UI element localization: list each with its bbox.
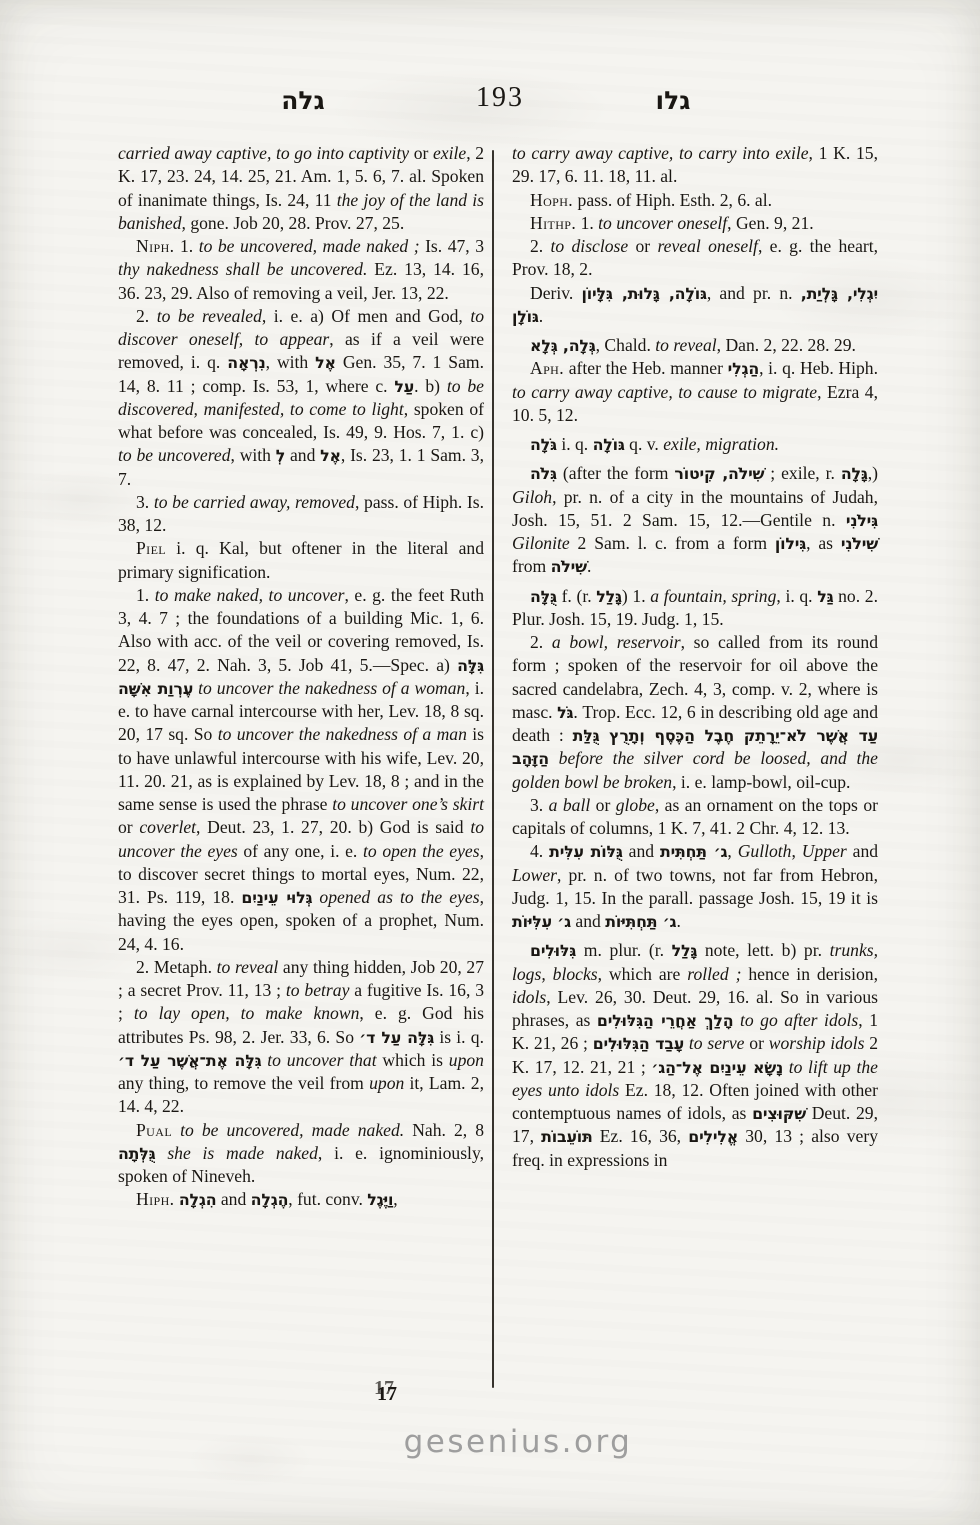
- text-run: or: [628, 236, 657, 256]
- text-run: hence in derision,: [741, 964, 878, 984]
- text-run: q. v.: [625, 434, 663, 454]
- paragraph: גִּלֹה (after the form שִׁילֹה, קִיטוֹר …: [512, 462, 878, 578]
- text-run: or: [745, 1033, 769, 1053]
- text-run: , i. e. a) Of men and God,: [262, 306, 470, 326]
- text-run: Ez. 16, 36,: [593, 1126, 689, 1146]
- text-run: [156, 1143, 168, 1163]
- italic-text: to uncover the nakedness of a man: [218, 724, 467, 744]
- paragraph: גִּלּוּלִים m. plur. (r. גָּלַל note, le…: [512, 939, 878, 1172]
- italic-text: to go after idols: [740, 1010, 858, 1030]
- italic-text: to reveal: [655, 335, 716, 355]
- hebrew-text: גָּלָה: [841, 464, 868, 483]
- hebrew-text: גְּלוּי עֵינַיִם: [241, 888, 312, 907]
- hebrew-text: גַּל: [817, 587, 833, 606]
- hebrew-text: ג׳ תַּחְתִּיּוֹת: [605, 912, 676, 931]
- hebrew-text: שִׁילֹה, קִיטוֹר: [674, 464, 764, 483]
- text-run: and: [623, 841, 660, 861]
- hebrew-text: גֻּלָּה: [530, 587, 557, 606]
- hebrew-text: ג׳ עִלִּיּוֹת: [512, 912, 571, 931]
- hebrew-text: שִׁילֹה: [551, 557, 587, 576]
- hebrew-text: גּוֹלָה, גָּלוּת, גִּלָּיוֹן: [582, 284, 707, 303]
- hebrew-text: ג׳ תַּחְתִּית: [660, 842, 727, 861]
- italic-text: upon: [369, 1073, 404, 1093]
- paragraph: 2. Metaph. to reveal any thing hidden, J…: [118, 956, 484, 1119]
- hebrew-text: נָשָׂא עֵינַיִם אֶל־הַג׳: [651, 1058, 783, 1077]
- text-run: or: [409, 143, 433, 163]
- text-run: (after the form: [557, 463, 674, 483]
- text-run: pass. of Hiph. Esth. 2, 6. al.: [573, 190, 772, 210]
- text-run: gone. Job 20, 28. Prov. 27, 25.: [186, 213, 404, 233]
- text-run: Deriv.: [530, 283, 582, 303]
- paragraph: 4. גֻּלּוֹת עִלִּית and ג׳ תַּחְתִּית, G…: [512, 840, 878, 933]
- italic-text: to carry away captive, to cause to migra…: [512, 382, 817, 402]
- hebrew-text: גֻּלְּתָה: [118, 1144, 156, 1163]
- text-run: ,: [727, 841, 737, 861]
- italic-text: globe: [616, 795, 655, 815]
- text-run: any thing, to remove the veil from: [118, 1073, 369, 1093]
- text-run: , with: [231, 445, 276, 465]
- italic-text: exile: [433, 143, 466, 163]
- paragraph: גְּלָה, גְּלָא, Chald. to reveal, Dan. 2…: [512, 334, 878, 357]
- hebrew-text: גָּלַל: [672, 941, 698, 960]
- paragraph: 2. to disclose or reveal oneself, e. g. …: [512, 235, 878, 282]
- paragraph: 2. to be revealed, i. e. a) Of men and G…: [118, 305, 484, 491]
- paragraph: Hiph. הִגְלָה and הֶגְלָה, fut. conv. וַ…: [118, 1188, 484, 1211]
- running-head-right-hebrew: גלו: [618, 86, 728, 115]
- grammar-form-label: Niph.: [136, 236, 174, 256]
- text-run: ,: [393, 1189, 397, 1209]
- hebrew-text: עָבַד הַגִּלּוּלִים: [593, 1034, 684, 1053]
- text-run: , Chald.: [596, 335, 656, 355]
- text-run: 2. Metaph.: [136, 957, 217, 977]
- paragraph: Hithp. 1. to uncover oneself, Gen. 9, 21…: [512, 212, 878, 235]
- text-run: , Dan. 2, 22. 28. 29.: [717, 335, 856, 355]
- text-run: , pr. n. of a city in the mountains of J…: [512, 487, 878, 530]
- text-run: , pr. n. of two towns, not far from Hebr…: [512, 865, 878, 908]
- text-run: m. plur. (r.: [576, 940, 671, 960]
- hebrew-text: הַגְלִי: [728, 359, 759, 378]
- italic-text: to reveal: [217, 957, 279, 977]
- text-run: 3.: [530, 795, 549, 815]
- text-run: and: [216, 1189, 250, 1209]
- italic-text: Upper: [802, 841, 847, 861]
- hebrew-text: גָּלַל: [596, 587, 622, 606]
- text-run: from: [512, 556, 551, 576]
- hebrew-text: שִׁקּוּצִים: [752, 1104, 806, 1123]
- italic-text: to carry away captive, to carry into exi…: [512, 143, 813, 163]
- text-run: . b): [414, 376, 447, 396]
- paragraph: Niph. 1. to be uncovered, made naked ; I…: [118, 235, 484, 305]
- text-run: ) 1.: [622, 586, 650, 606]
- italic-text: exile, migration.: [663, 434, 779, 454]
- italic-text: to uncover that: [267, 1050, 376, 1070]
- text-run: which is: [377, 1050, 449, 1070]
- text-run: , as: [806, 533, 841, 553]
- grammar-form-label: Hithp.: [530, 213, 576, 233]
- hebrew-text: גִּילוֹן: [775, 534, 806, 553]
- text-run: 2.: [530, 632, 552, 652]
- italic-text: to be uncovered, made naked ;: [199, 236, 420, 256]
- lexicon-page: גלה 193 גלו carried away captive, to go …: [0, 0, 980, 1525]
- hebrew-text: שִׁילֹנִי: [841, 534, 878, 553]
- italic-text: reveal oneself: [657, 236, 757, 256]
- text-columns: carried away captive, to go into captivi…: [118, 142, 878, 1212]
- text-run: 1.: [576, 213, 598, 233]
- text-run: 2.: [136, 306, 157, 326]
- text-run: or: [590, 795, 616, 815]
- text-run: 2 Sam. l. c. from a form: [570, 533, 775, 553]
- hebrew-text: הֶגְלָה: [251, 1190, 289, 1209]
- italic-text: to open the eyes: [363, 841, 480, 861]
- italic-text: upon: [449, 1050, 484, 1070]
- text-run: ,: [791, 841, 801, 861]
- text-run: and: [285, 445, 320, 465]
- text-run: Nah. 2, 8: [404, 1120, 484, 1140]
- italic-text: to uncover the nakedness of a woman: [198, 678, 465, 698]
- text-run: , fut. conv.: [288, 1189, 367, 1209]
- paragraph: carried away captive, to go into captivi…: [118, 142, 484, 235]
- italic-text: a fountain, spring: [650, 586, 776, 606]
- italic-text: coverlet: [139, 817, 196, 837]
- hebrew-text: גִּילֹנִי: [846, 511, 878, 530]
- italic-text: to betray: [286, 980, 349, 1000]
- hebrew-text: גֹּל: [557, 703, 573, 722]
- hebrew-text: הִגְלָה: [179, 1190, 217, 1209]
- running-head-left-hebrew: גלה: [248, 86, 358, 115]
- grammar-form-label: Piel: [136, 538, 166, 558]
- text-run: 1.: [174, 236, 198, 256]
- hebrew-text: גִּלָּה אֶת־אֲשֶׁר עַל ד׳: [118, 1051, 261, 1070]
- italic-text: worship idols: [769, 1033, 865, 1053]
- text-run: 1.: [136, 585, 155, 605]
- italic-text: Gulloth: [738, 841, 792, 861]
- text-run: , which are: [598, 964, 688, 984]
- hebrew-text: גִּלֹה: [530, 464, 557, 483]
- paragraph: גֻּלָּה f. (r. גָּלַל) 1. a fountain, sp…: [512, 585, 878, 632]
- hebrew-text: גֻּלּוֹת עִלִּית: [549, 842, 623, 861]
- grammar-form-label: Hiph.: [136, 1189, 174, 1209]
- text-run: ,): [868, 463, 878, 483]
- text-run: , Deut. 23, 1. 27, 20. b) God is said: [196, 817, 470, 837]
- hebrew-text: גֹּלָה: [530, 435, 557, 454]
- text-run: .: [539, 306, 543, 326]
- text-run: 3.: [136, 492, 154, 512]
- paragraph: Hoph. pass. of Hiph. Esth. 2, 6. al.: [512, 189, 878, 212]
- italic-text: to uncover one’s skirt: [332, 794, 484, 814]
- text-run: i. q. Kal, but oftener in the literal an…: [118, 538, 484, 581]
- italic-text: to be uncovered, made naked.: [180, 1120, 404, 1140]
- hebrew-text: גְּלָה, גְּלָא: [530, 336, 596, 355]
- italic-text: she is made naked: [167, 1143, 318, 1163]
- right-column: to carry away captive, to carry into exi…: [512, 142, 878, 1212]
- hebrew-text: אֶל: [315, 353, 336, 372]
- text-run: [172, 1120, 180, 1140]
- text-run: , i. q.: [776, 586, 817, 606]
- italic-text: a bowl, reservoir: [552, 632, 681, 652]
- italic-text: to make naked, to uncover: [155, 585, 345, 605]
- paragraph: 3. a ball or globe, as an ornament on th…: [512, 794, 878, 841]
- italic-text: to be uncovered: [118, 445, 231, 465]
- text-run: .: [587, 556, 591, 576]
- text-run: f. (r.: [557, 586, 596, 606]
- text-run: or: [118, 817, 139, 837]
- paragraph: to carry away captive, to carry into exi…: [512, 142, 878, 189]
- italic-text: a ball: [549, 795, 591, 815]
- text-run: ; exile, r.: [764, 463, 840, 483]
- italic-text: idols: [512, 987, 546, 1007]
- text-run: and: [847, 841, 878, 861]
- hebrew-text: תּוֹעֵבוֹת: [541, 1127, 592, 1146]
- text-run: of any one, i. e.: [238, 841, 363, 861]
- paragraph: 2. a bowl, reservoir, so called from its…: [512, 631, 878, 794]
- italic-text: rolled ;: [687, 964, 741, 984]
- text-run: Is. 47, 3: [420, 236, 484, 256]
- italic-text: thy nakedness shall be uncovered.: [118, 259, 367, 279]
- hebrew-text: וַיֶּגֶל: [367, 1190, 393, 1209]
- text-run: i. q.: [557, 434, 593, 454]
- hebrew-text: אֱלִילִים: [688, 1127, 738, 1146]
- italic-text: carried away captive, to go into captivi…: [118, 143, 409, 163]
- italic-text: Gilonite: [512, 533, 570, 553]
- text-run: , Gen. 9, 21.: [727, 213, 814, 233]
- italic-text: to be revealed: [157, 306, 262, 326]
- text-run: note, lett. b) pr.: [697, 940, 829, 960]
- text-run: after the Heb. manner: [564, 358, 728, 378]
- text-run: is i. q.: [434, 1027, 484, 1047]
- text-run: [549, 748, 559, 768]
- paragraph: Piel i. q. Kal, but oftener in the liter…: [118, 537, 484, 584]
- hebrew-text: גּוֹלָה: [593, 435, 625, 454]
- paragraph: Aph. after the Heb. manner הַגְלִי, i. q…: [512, 357, 878, 427]
- paragraph: 1. to make naked, to uncover, e. g. the …: [118, 584, 484, 956]
- hebrew-text: אֶל: [320, 446, 341, 465]
- signature-mark: 17: [377, 1383, 397, 1406]
- paragraph: Pual to be uncovered, made naked. Nah. 2…: [118, 1119, 484, 1189]
- hebrew-text: הָלַךְ אַחֲרֵי הַגִּלּוּלִים: [597, 1011, 734, 1030]
- hebrew-text: גִּלָּה עַל ד׳: [359, 1028, 434, 1047]
- paragraph: גֹּלָה i. q. גּוֹלָה q. v. exile, migrat…: [512, 433, 878, 456]
- grammar-form-label: Aph.: [530, 358, 564, 378]
- hebrew-text: עַל: [394, 377, 414, 396]
- italic-text: to serve: [689, 1033, 745, 1053]
- grammar-form-label: Pual: [136, 1120, 172, 1140]
- text-run: and: [571, 911, 605, 931]
- paragraph: Deriv. גּוֹלָה, גָּלוּת, גִּלָּיוֹן, and…: [512, 282, 878, 329]
- text-run: .: [676, 911, 680, 931]
- paragraph: 3. to be carried away, removed, pass. of…: [118, 491, 484, 538]
- text-run: , and pr. n.: [707, 283, 801, 303]
- text-run: , with: [266, 352, 316, 372]
- grammar-form-label: Hoph.: [530, 190, 573, 210]
- text-run: 2.: [530, 236, 551, 256]
- italic-text: Lower: [512, 865, 557, 885]
- hebrew-text: נִרְאָה: [227, 353, 265, 372]
- hebrew-text: לְ: [276, 446, 285, 465]
- italic-text: to uncover oneself: [598, 213, 727, 233]
- text-run: 4.: [530, 841, 549, 861]
- page-number: 193: [440, 82, 560, 114]
- italic-text: opened as to the eyes: [319, 887, 479, 907]
- italic-text: to disclose: [551, 236, 629, 256]
- italic-text: Giloh: [512, 487, 552, 507]
- italic-text: to lay open, to make known: [134, 1003, 360, 1023]
- watermark-text: gesenius.org: [28, 1424, 980, 1460]
- hebrew-text: גִּלּוּלִים: [530, 941, 576, 960]
- left-column: carried away captive, to go into captivi…: [118, 142, 484, 1212]
- italic-text: to be carried away, removed: [154, 492, 355, 512]
- text-run: , i. q. Heb. Hiph.: [759, 358, 878, 378]
- text-run: , i. e. lamp-bowl, oil-cup.: [672, 772, 850, 792]
